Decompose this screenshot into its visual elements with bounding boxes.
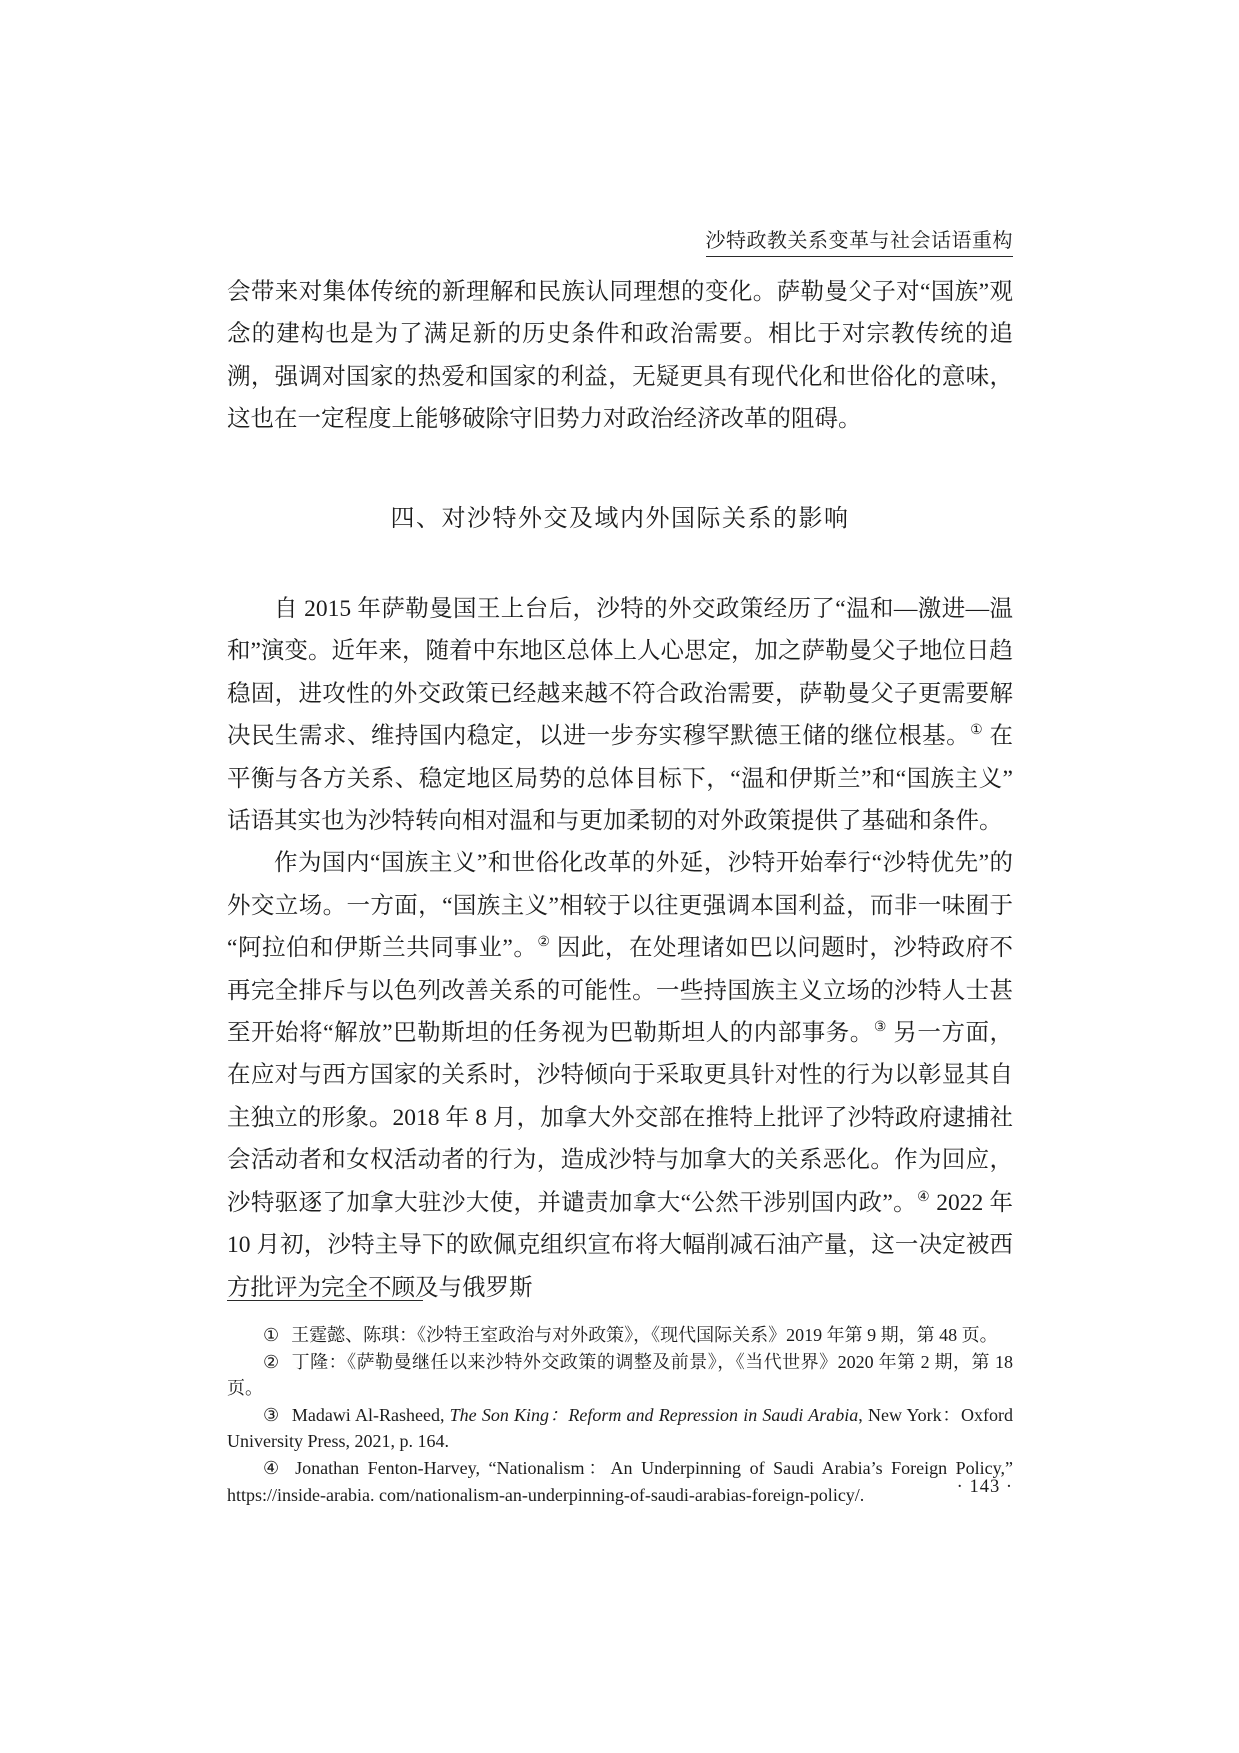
footnote-item: ③Madawi Al-Rasheed, The Son King：Reform … xyxy=(227,1402,1013,1455)
footnote-marker: ② xyxy=(263,1352,280,1372)
footnote-ref: ③ xyxy=(874,1020,887,1035)
body-paragraphs: 自 2015 年萨勒曼国王上台后，沙特的外交政策经历了“温和—激进—温和”演变。… xyxy=(227,588,1013,1309)
paragraph: 作为国内“国族主义”和世俗化改革的外延，沙特开始奉行“沙特优先”的外交立场。一方… xyxy=(227,842,1013,1308)
paragraph: 会带来对集体传统的新理解和民族认同理想的变化。萨勒曼父子对“国族”观念的建构也是… xyxy=(227,271,1013,441)
text-run: Jonathan Fenton-Harvey, “Nationalism：An … xyxy=(227,1458,1013,1505)
text-run: Madawi Al-Rasheed, xyxy=(292,1405,450,1425)
footnote-ref: ① xyxy=(970,723,983,738)
footnote-marker: ③ xyxy=(263,1405,280,1425)
footnote-marker: ④ xyxy=(263,1458,283,1478)
section-heading: 四、对沙特外交及域内外国际关系的影响 xyxy=(227,498,1013,533)
paragraph: 自 2015 年萨勒曼国王上台后，沙特的外交政策经历了“温和—激进—温和”演变。… xyxy=(227,588,1013,842)
text-run: 会带来对集体传统的新理解和民族认同理想的变化。萨勒曼父子对“国族”观念的建构也是… xyxy=(227,279,1013,432)
page-number: · 143 · xyxy=(957,1477,1013,1498)
footnote-marker: ① xyxy=(263,1325,279,1345)
footnote-ref: ④ xyxy=(917,1190,930,1205)
text-run: 自 2015 年萨勒曼国王上台后，沙特的外交政策经历了“温和—激进—温和”演变。… xyxy=(227,596,1013,749)
book-title: The Son King：Reform and Repression in Sa… xyxy=(450,1405,859,1425)
intro-paragraph: 会带来对集体传统的新理解和民族认同理想的变化。萨勒曼父子对“国族”观念的建构也是… xyxy=(227,271,1013,441)
footnote-separator xyxy=(227,1300,423,1301)
footnote-item: ④Jonathan Fenton-Harvey, “Nationalism：An… xyxy=(227,1455,1013,1508)
text-run: 另一方面，在应对与西方国家的关系时，沙特倾向于采取更具针对性的行为以彰显其自主独… xyxy=(227,1020,1013,1216)
footnote-item: ①王霆懿、陈琪：《沙特王室政治与对外政策》，《现代国际关系》2019 年第 9 … xyxy=(227,1322,1013,1349)
document-page: 沙特政教关系变革与社会话语重构 会带来对集体传统的新理解和民族认同理想的变化。萨… xyxy=(0,0,1239,1753)
footnote-ref: ② xyxy=(537,935,550,950)
footnotes: ①王霆懿、陈琪：《沙特王室政治与对外政策》，《现代国际关系》2019 年第 9 … xyxy=(227,1322,1013,1508)
running-header-title: 沙特政教关系变革与社会话语重构 xyxy=(706,224,1014,257)
footnote-item: ②丁隆：《萨勒曼继任以来沙特外交政策的调整及前景》，《当代世界》2020 年第 … xyxy=(227,1349,1013,1402)
text-run: 王霆懿、陈琪：《沙特王室政治与对外政策》，《现代国际关系》2019 年第 9 期… xyxy=(291,1325,998,1345)
text-run: 丁隆：《萨勒曼继任以来沙特外交政策的调整及前景》，《当代世界》2020 年第 2… xyxy=(227,1352,1013,1399)
running-header: 沙特政教关系变革与社会话语重构 xyxy=(227,224,1013,257)
